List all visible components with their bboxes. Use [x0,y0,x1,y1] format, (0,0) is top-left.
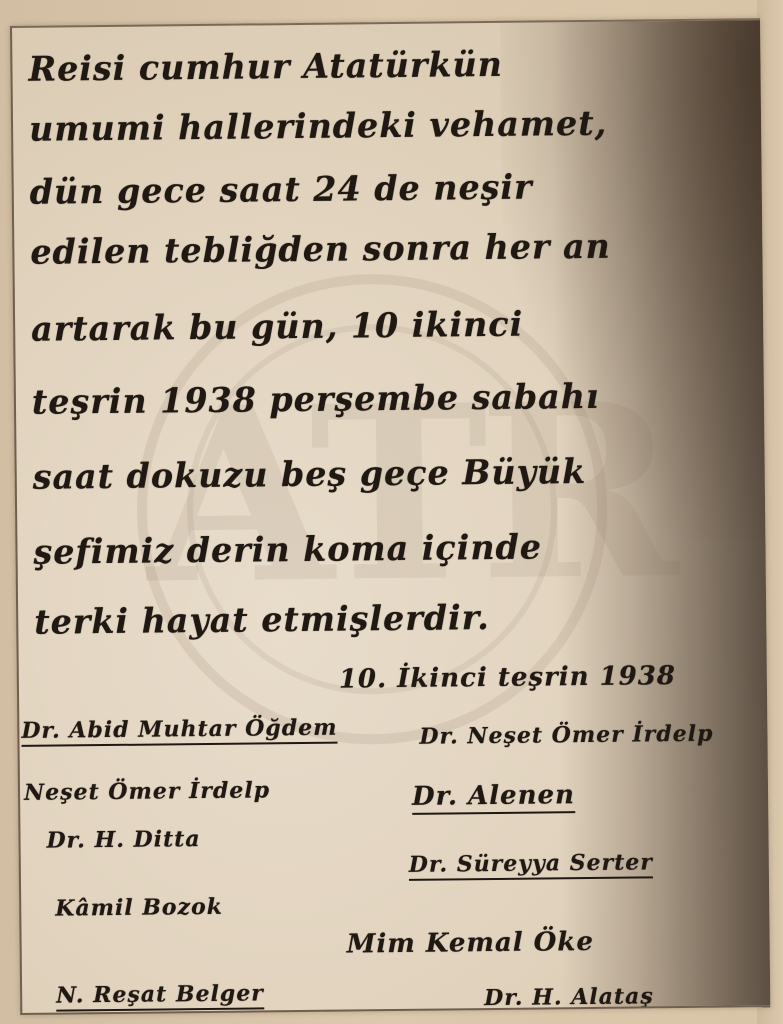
signature-left-1: Dr. Abid Muhtar Öğdem [21,715,337,747]
body-line-2: umumi hallerindeki vehamet, [29,104,608,150]
date-line: 10. İkinci teşrin 1938 [339,661,676,695]
body-line-3: dün gece saat 24 de neşir [30,168,533,213]
body-line-9: terki hayat etmişlerdir. [34,598,490,643]
signature-left-5: N. Reşat Belger [56,980,264,1011]
signature-right-3: Dr. Süreyya Serter [409,849,653,881]
body-line-4: edilen tebliğden sonra her an [30,227,611,273]
body-line-6: teşrin 1938 perşembe sabahı [32,377,600,423]
handwritten-document: ATR Reisi cumhur Atatürkün umumi halleri… [10,18,770,1015]
signature-right-2: Dr. Alenen [412,780,575,815]
signature-right-5: Dr. H. Alataş [484,983,654,1011]
body-line-1: Reisi cumhur Atatürkün [28,45,503,90]
signature-right-4: Mim Kemal Öke [346,927,594,960]
signature-left-4: Kâmil Bozok [55,894,223,922]
body-line-8: şefimiz derin koma içinde [33,527,542,572]
signature-left-3: Dr. H. Ditta [46,826,200,854]
body-line-7: saat dokuzu beş geçe Büyük [33,452,587,498]
signature-left-2: Neşet Ömer İrdelp [24,777,270,806]
body-line-5: artarak bu gün, 10 ikinci [31,305,523,350]
signature-right-1: Dr. Neşet Ömer İrdelp [419,721,713,750]
